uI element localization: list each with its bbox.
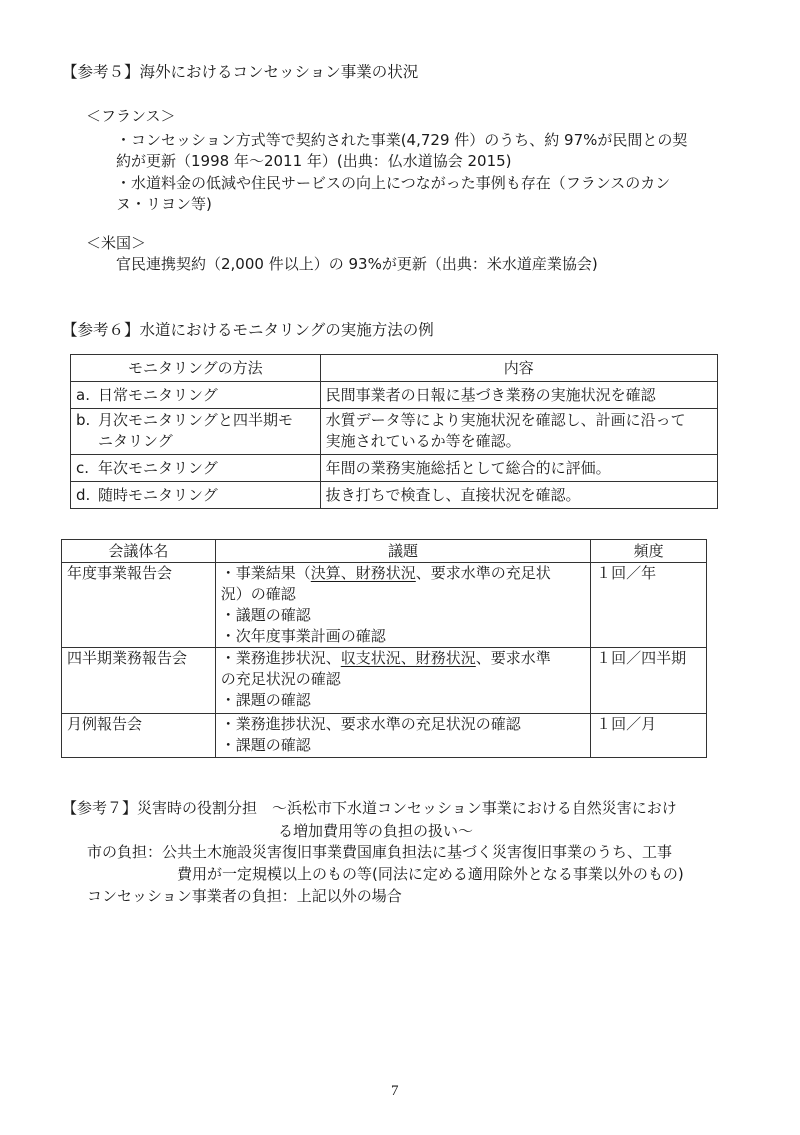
table-row: 四半期業務報告会 ・業務進捗状況、収支状況、財務状況、要求水準 の充足状況の確認…	[62, 648, 707, 714]
france-line-2: 約が更新（1998 年～2011 年）(出典：仏水道協会 2015)	[116, 152, 512, 171]
monitoring-table: モニタリングの方法 内容 a.日常モニタリング 民間事業者の日報に基づき業務の実…	[70, 354, 718, 509]
agenda-line: ・次年度事業計画の確認	[221, 626, 585, 647]
method-cell: a.日常モニタリング	[71, 382, 321, 409]
content-text: 水質データ等により実施状況を確認し、計画に沿って	[326, 410, 712, 431]
content-cell: 民間事業者の日報に基づき業務の実施状況を確認	[320, 382, 717, 409]
usa-line-1: 官民連携契約（2,000 件以上）の 93%が更新（出典：米水道産業協会)	[116, 255, 598, 274]
monitoring-table-header: モニタリングの方法 内容	[71, 355, 718, 382]
meeting-name: 年度事業報告会	[62, 563, 216, 648]
france-line-3: ・水道料金の低減や住民サービスの向上につながった事例も存在（フランスのカン	[116, 174, 670, 193]
usa-heading: ＜米国＞	[86, 234, 146, 253]
header-content: 内容	[320, 355, 717, 382]
operator-burden: コンセッション事業者の負担：上記以外の場合	[87, 887, 402, 906]
meetings-table: 会議体名 議題 頻度 年度事業報告会 ・事業結果（決算、財務状況、要求水準の充足…	[61, 539, 707, 758]
content-cell: 水質データ等により実施状況を確認し、計画に沿って 実施されているか等を確認。	[320, 409, 717, 455]
content-cell: 年間の業務実施総括として総合的に評価。	[320, 455, 717, 482]
table-row: 月例報告会 ・業務進捗状況、要求水準の充足状況の確認 ・課題の確認 １回／月	[62, 714, 707, 758]
agenda-text: 、要求水準	[476, 649, 551, 667]
row-label: b.	[76, 410, 98, 431]
ref5-title: 【参考５】海外におけるコンセッション事業の状況	[62, 60, 418, 82]
ref6-title: 【参考６】水道におけるモニタリングの実施方法の例	[62, 318, 434, 340]
method-text: 日常モニタリング	[98, 386, 218, 404]
content-cell: 抜き打ちで検査し、直接状況を確認。	[320, 482, 717, 509]
header-agenda: 議題	[215, 540, 590, 563]
meeting-name: 四半期業務報告会	[62, 648, 216, 714]
agenda-line: 況）の確認	[221, 584, 585, 605]
frequency: １回／月	[591, 714, 707, 758]
agenda-line: ・議題の確認	[221, 605, 585, 626]
agenda-cell: ・事業結果（決算、財務状況、要求水準の充足状 況）の確認 ・議題の確認 ・次年度…	[215, 563, 590, 648]
table-row: b.月次モニタリングと四半期モ ニタリング 水質データ等により実施状況を確認し、…	[71, 409, 718, 455]
agenda-text: 、要求水準の充足状	[416, 564, 551, 582]
table-row: c.年次モニタリング 年間の業務実施総括として総合的に評価。	[71, 455, 718, 482]
table-row: 年度事業報告会 ・事業結果（決算、財務状況、要求水準の充足状 況）の確認 ・議題…	[62, 563, 707, 648]
table-row: a.日常モニタリング 民間事業者の日報に基づき業務の実施状況を確認	[71, 382, 718, 409]
method-text-cont: ニタリング	[76, 431, 315, 452]
header-frequency: 頻度	[591, 540, 707, 563]
page-number: 7	[391, 1083, 399, 1100]
city-burden-line-1: 市の負担：公共土木施設災害復旧事業費国庫負担法に基づく災害復旧事業のうち、工事	[87, 843, 672, 862]
agenda-underlined-text: 決算、財務状況	[311, 564, 416, 582]
header-meeting-name: 会議体名	[62, 540, 216, 563]
meetings-table-header: 会議体名 議題 頻度	[62, 540, 707, 563]
method-text: 月次モニタリングと四半期モ	[98, 411, 293, 429]
agenda-text: ・業務進捗状況、	[221, 649, 341, 667]
ref7-title-line-2: る増加費用等の負担の扱い～	[278, 822, 473, 841]
row-label: a.	[76, 382, 98, 408]
method-cell: c.年次モニタリング	[71, 455, 321, 482]
row-label: c.	[76, 455, 98, 481]
method-cell: d.随時モニタリング	[71, 482, 321, 509]
table-row: d.随時モニタリング 抜き打ちで検査し、直接状況を確認。	[71, 482, 718, 509]
frequency: １回／年	[591, 563, 707, 648]
agenda-line: ・課題の確認	[221, 735, 585, 756]
row-label: d.	[76, 482, 98, 508]
city-burden-line-2: 費用が一定規模以上のもの等(同法に定める適用除外となる事業以外のもの)	[177, 865, 684, 884]
france-line-4: ヌ・リヨン等)	[116, 195, 212, 214]
france-heading: ＜フランス＞	[86, 107, 176, 126]
agenda-underlined-text: 収支状況、財務状況	[341, 649, 476, 667]
content-text-cont: 実施されているか等を確認。	[326, 431, 712, 452]
agenda-line: ・課題の確認	[221, 690, 585, 711]
method-cell: b.月次モニタリングと四半期モ ニタリング	[71, 409, 321, 455]
ref7-title-line-1: 【参考７】災害時の役割分担 ～浜松市下水道コンセッション事業における自然災害にお…	[62, 799, 677, 818]
meeting-name: 月例報告会	[62, 714, 216, 758]
agenda-text: ・事業結果（	[221, 564, 311, 582]
method-text: 随時モニタリング	[98, 486, 218, 504]
frequency: １回／四半期	[591, 648, 707, 714]
agenda-cell: ・業務進捗状況、収支状況、財務状況、要求水準 の充足状況の確認 ・課題の確認	[215, 648, 590, 714]
france-line-1: ・コンセッション方式等で契約された事業(4,729 件）のうち、約 97%が民間…	[116, 131, 687, 150]
method-text: 年次モニタリング	[98, 459, 218, 477]
agenda-cell: ・業務進捗状況、要求水準の充足状況の確認 ・課題の確認	[215, 714, 590, 758]
agenda-line: ・業務進捗状況、要求水準の充足状況の確認	[221, 714, 585, 735]
header-method: モニタリングの方法	[71, 355, 321, 382]
agenda-line: の充足状況の確認	[221, 669, 585, 690]
